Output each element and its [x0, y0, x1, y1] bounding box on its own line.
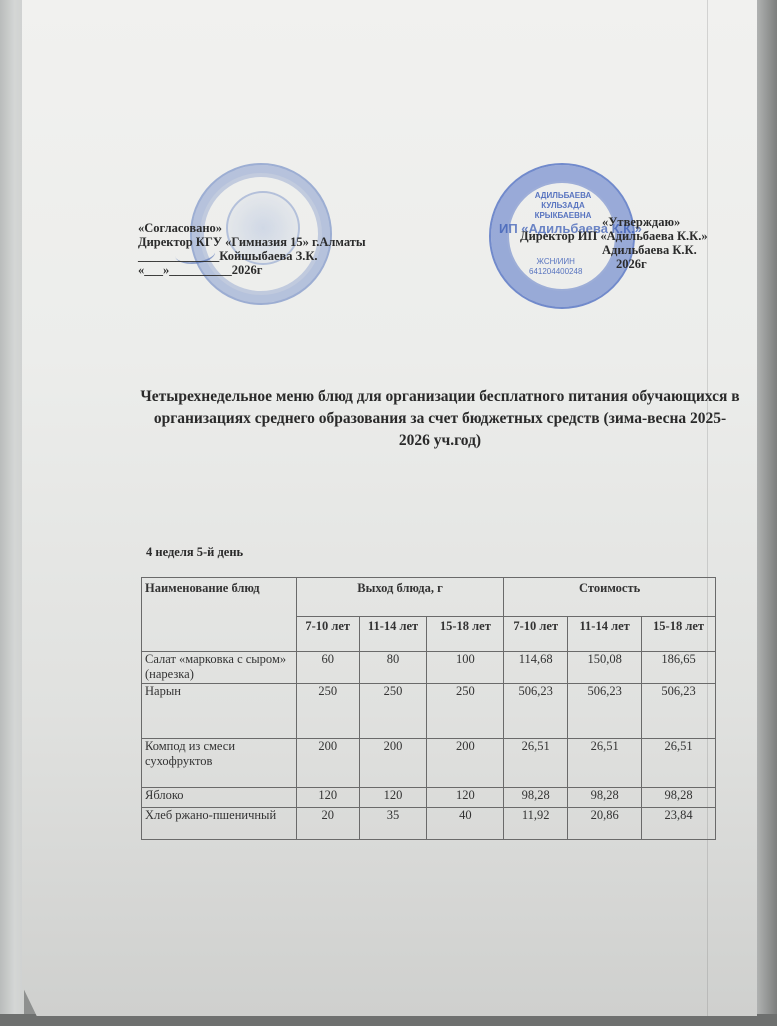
- approval-status: «Согласовано»: [138, 221, 366, 235]
- cost-cell: 150,08: [568, 652, 642, 684]
- column-header-age: 15-18 лет: [427, 617, 504, 652]
- approval-signature-line: _____________Койшыбаева З.К.: [138, 249, 366, 263]
- cost-cell: 23,84: [642, 808, 716, 840]
- yield-cell: 20: [296, 808, 359, 840]
- column-header-age: 11-14 лет: [359, 617, 427, 652]
- dish-name-cell: Хлеб ржано-пшеничный: [142, 808, 297, 840]
- table-row: Яблоко12012012098,2898,2898,28: [142, 788, 716, 808]
- column-header-age: 7-10 лет: [504, 617, 568, 652]
- column-header-age: 15-18 лет: [642, 617, 716, 652]
- dish-name-cell: Салат «марковка с сыром» (нарезка): [142, 652, 297, 684]
- cost-cell: 98,28: [642, 788, 716, 808]
- approval-block-left: «Согласовано» Директор КГУ «Гимназия 15»…: [138, 221, 366, 277]
- yield-cell: 35: [359, 808, 427, 840]
- cost-cell: 26,51: [568, 739, 642, 788]
- yield-cell: 40: [427, 808, 504, 840]
- yield-cell: 120: [359, 788, 427, 808]
- cost-cell: 98,28: [504, 788, 568, 808]
- cost-cell: 11,92: [504, 808, 568, 840]
- approval-signature-line: Адильбаева К.К.: [520, 243, 708, 257]
- column-header-age: 7-10 лет: [296, 617, 359, 652]
- dish-name-cell: Яблоко: [142, 788, 297, 808]
- dish-name-cell: Компод из смеси сухофруктов: [142, 739, 297, 788]
- yield-cell: 60: [296, 652, 359, 684]
- approval-status: «Утверждаю»: [520, 215, 708, 229]
- approval-position: Директор ИП «Адильбаева К.К.»: [520, 229, 708, 243]
- yield-cell: 250: [359, 684, 427, 739]
- cost-cell: 26,51: [504, 739, 568, 788]
- yield-cell: 120: [427, 788, 504, 808]
- column-header-dish-name: Наименование блюд: [142, 578, 297, 652]
- yield-cell: 120: [296, 788, 359, 808]
- table-row: Хлеб ржано-пшеничный20354011,9220,8623,8…: [142, 808, 716, 840]
- yield-cell: 200: [359, 739, 427, 788]
- cost-cell: 506,23: [568, 684, 642, 739]
- cost-cell: 186,65: [642, 652, 716, 684]
- paper-fold-line: [707, 0, 708, 1016]
- week-day-label: 4 неделя 5-й день: [146, 545, 243, 560]
- document-page: [22, 0, 757, 1016]
- column-header-age: 11-14 лет: [568, 617, 642, 652]
- column-group-yield: Выход блюда, г: [296, 578, 504, 617]
- approval-date-line: «___»__________2026г: [138, 263, 366, 277]
- background-right-edge: [757, 0, 777, 1026]
- document-title: Четырехнедельное меню блюд для организац…: [140, 386, 740, 452]
- cost-cell: 506,23: [642, 684, 716, 739]
- table-row: Салат «марковка с сыром» (нарезка)608010…: [142, 652, 716, 684]
- table-row: Компод из смеси сухофруктов20020020026,5…: [142, 739, 716, 788]
- yield-cell: 100: [427, 652, 504, 684]
- cost-cell: 20,86: [568, 808, 642, 840]
- table-row: Нарын250250250506,23506,23506,23: [142, 684, 716, 739]
- approval-block-right: «Утверждаю» Директор ИП «Адильбаева К.К.…: [520, 215, 708, 271]
- table-header-row: Наименование блюд Выход блюда, г Стоимос…: [142, 578, 716, 617]
- yield-cell: 80: [359, 652, 427, 684]
- approval-position: Директор КГУ «Гимназия 15» г.Алматы: [138, 235, 366, 249]
- column-group-cost: Стоимость: [504, 578, 716, 617]
- yield-cell: 250: [427, 684, 504, 739]
- approval-date-line: 2026г: [520, 257, 708, 271]
- cost-cell: 98,28: [568, 788, 642, 808]
- yield-cell: 250: [296, 684, 359, 739]
- cost-cell: 506,23: [504, 684, 568, 739]
- cost-cell: 26,51: [642, 739, 716, 788]
- cost-cell: 114,68: [504, 652, 568, 684]
- background-left-edge: [0, 0, 24, 1026]
- dish-name-cell: Нарын: [142, 684, 297, 739]
- yield-cell: 200: [296, 739, 359, 788]
- menu-table: Наименование блюд Выход блюда, г Стоимос…: [141, 577, 716, 840]
- yield-cell: 200: [427, 739, 504, 788]
